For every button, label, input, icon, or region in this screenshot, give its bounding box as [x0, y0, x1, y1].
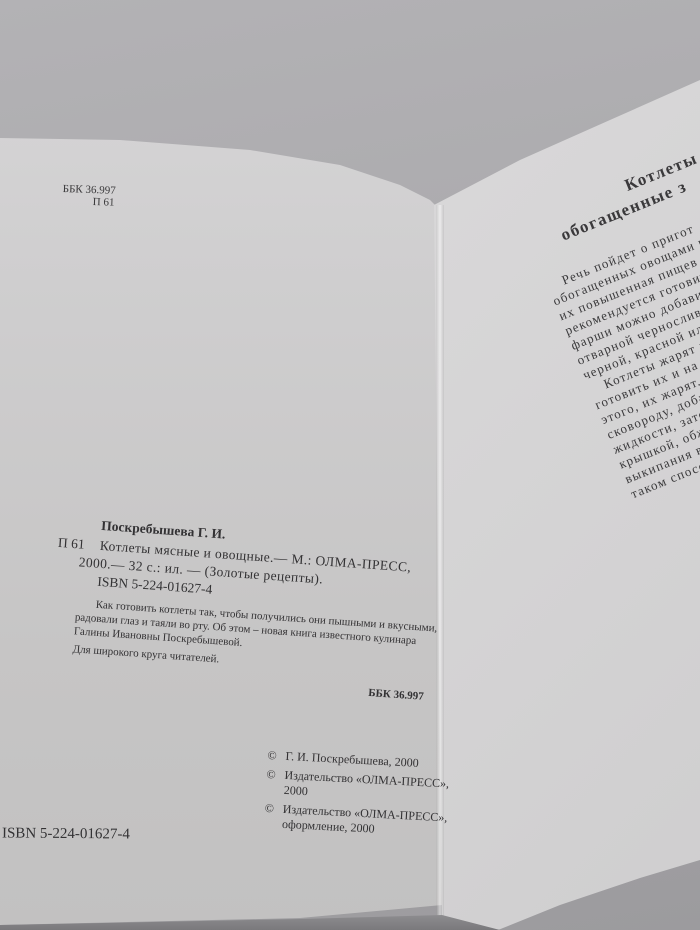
bbk-code-top: ББК 36.997 [63, 183, 116, 197]
isbn-bottom: ISBN 5-224-01627-4 [2, 825, 130, 843]
copyright-icon: © [267, 748, 277, 763]
entry-code: П 61 [57, 535, 85, 553]
author-index-top: П 61 [93, 196, 115, 209]
copyright-block: © Г. И. Поскребышева, 2000 © Издательств… [264, 748, 451, 840]
copyright-line: © Издательство «ОЛМА-ПРЕСС», 2000 [265, 767, 449, 807]
copyright-icon: © [266, 767, 276, 782]
copyright-icon: © [264, 801, 274, 816]
